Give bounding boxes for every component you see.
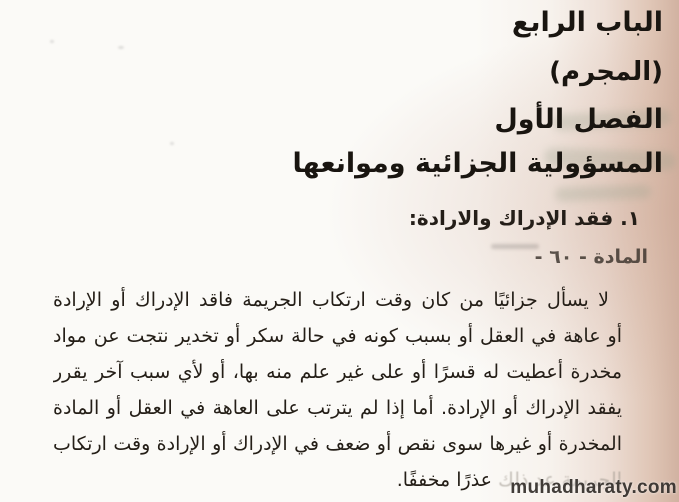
paper-speck (170, 142, 174, 145)
numbered-section-heading: ١. فقد الإدراك والارادة: (409, 206, 640, 230)
paper-speck (50, 40, 54, 43)
chapter-title: الباب الرابع (0, 6, 663, 40)
ink-bleedthrough (555, 184, 651, 201)
chapter-subtitle: (المجرم) (0, 55, 663, 89)
article-body-paragraph: لا يسأل جزائيًا من كان وقت ارتكاب الجريم… (53, 282, 622, 498)
topic-title: المسؤولية الجزائية وموانعها (0, 147, 663, 181)
article-number-label: المادة - ٦٠ - (535, 246, 648, 268)
paper-speck (118, 46, 124, 49)
paragraph-line: يفقد الإدراك أو الإرادة. أما إذا لم يترت… (53, 390, 622, 426)
scanned-book-page: الباب الرابع (المجرم) الفصل الأول المسؤو… (0, 0, 679, 502)
ink-smudge (491, 244, 539, 249)
site-watermark: muhadharaty.com (510, 477, 677, 499)
paragraph-line: أو عاهة في العقل أو بسبب كونه في حالة سك… (53, 318, 622, 354)
clear-text-fragment: عذرًا مخففًا. (397, 469, 492, 491)
section-title: الفصل الأول (0, 103, 663, 137)
paragraph-line: لا يسأل جزائيًا من كان وقت ارتكاب الجريم… (53, 282, 622, 318)
paragraph-line: مخدرة أعطيت له قسرًا أو على غير علم منه … (53, 354, 622, 390)
paragraph-line: المخدرة أو غيرها سوى نقص أو ضعف في الإدر… (53, 426, 622, 462)
